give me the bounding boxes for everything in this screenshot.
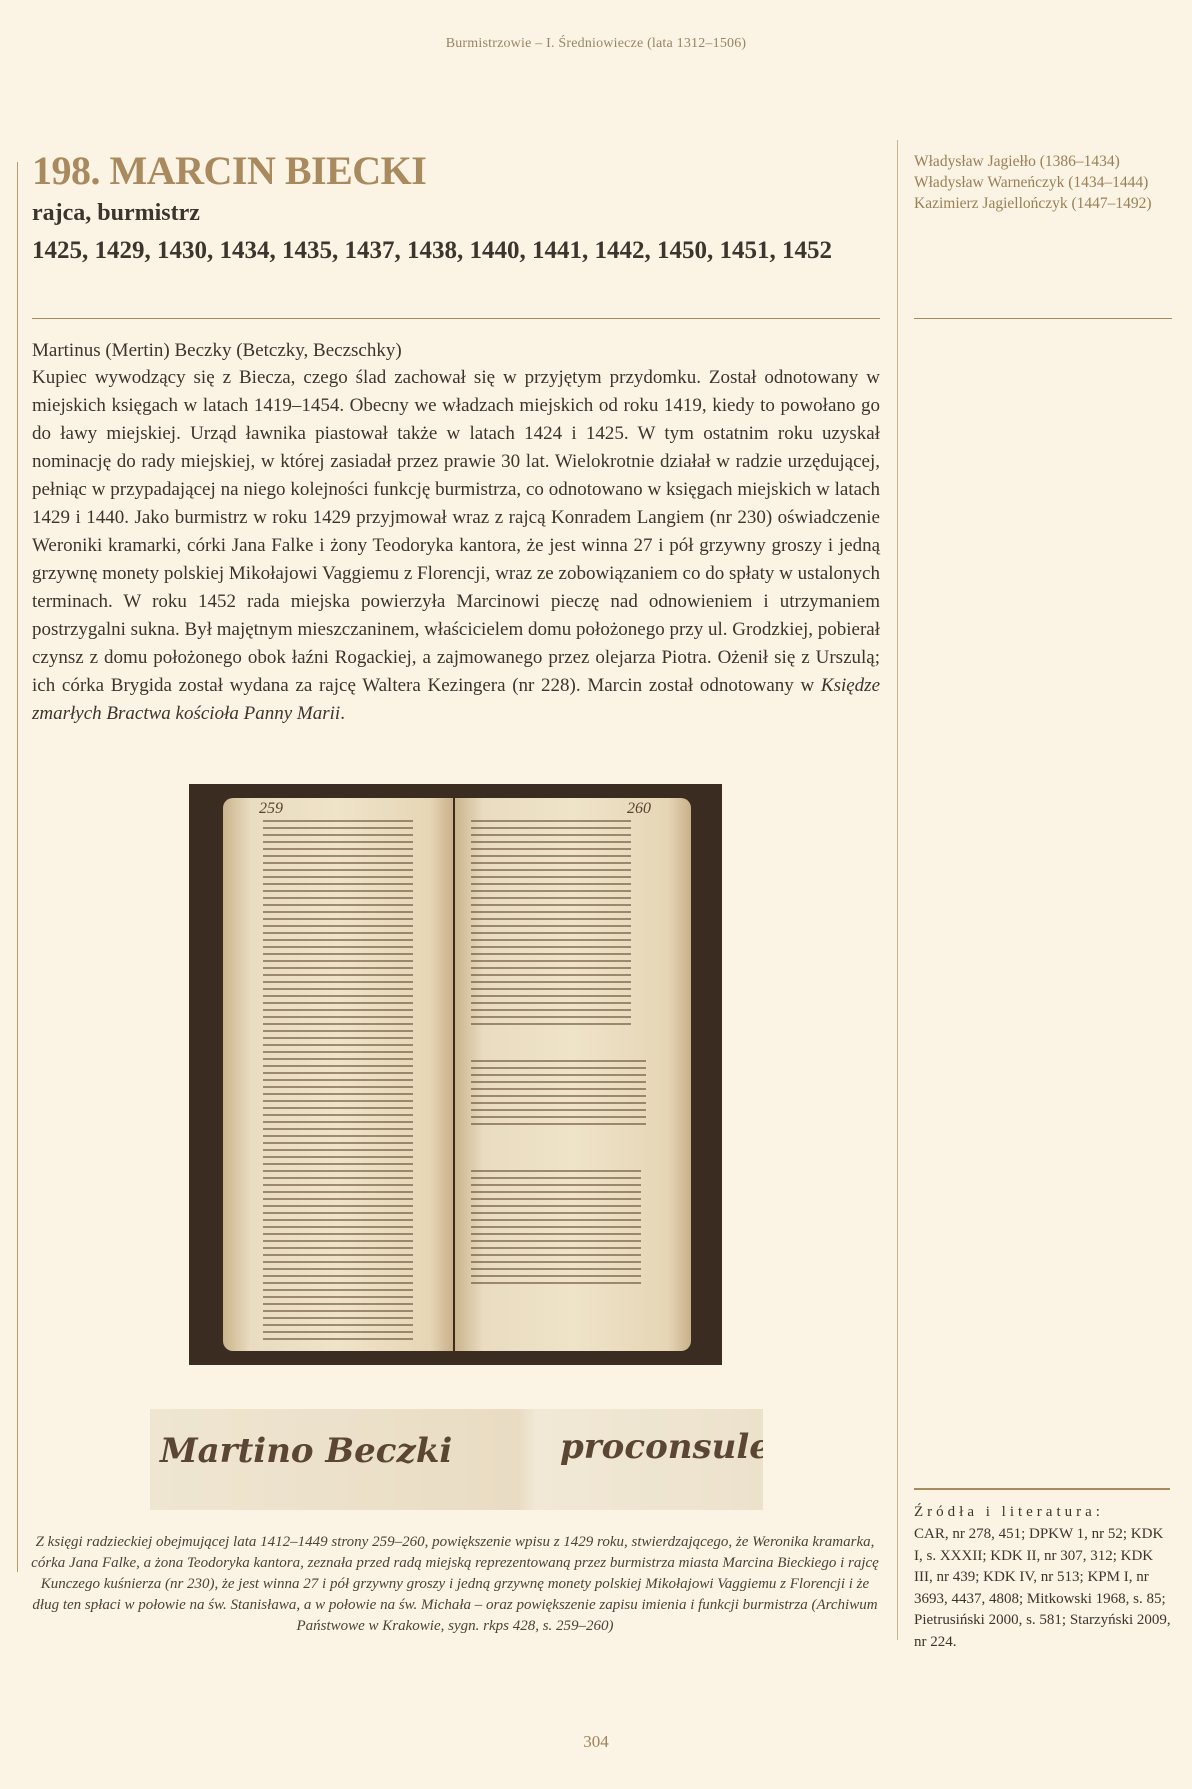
entry-title: 198. MARCIN BIECKI [32, 148, 426, 194]
biography-paragraph: Kupiec wywodzący się z Biecza, czego śla… [32, 364, 880, 728]
figure-caption: Z księgi radzieckiej obejmującej lata 14… [30, 1532, 880, 1637]
manuscript-left-page: 259 [223, 798, 453, 1351]
bio-text: Kupiec wywodzący się z Biecza, czego śla… [32, 367, 880, 696]
snippet-name-word: Martino Beczki [160, 1431, 452, 1471]
sources-divider [914, 1488, 1170, 1490]
entry-role: rajca, burmistrz [32, 198, 200, 228]
ruler-item: Władysław Warneńczyk (1434–1444) [914, 172, 1184, 193]
rulers-list: Władysław Jagiełło (1386–1434) Władysław… [914, 151, 1184, 214]
header-divider [32, 318, 880, 319]
snippet-role-word: proconsule [560, 1427, 763, 1467]
manuscript-right-page: 260 [455, 798, 691, 1351]
left-page-number: 259 [259, 800, 283, 818]
bio-end: . [340, 703, 345, 724]
handwriting-block [471, 1170, 641, 1285]
handwriting-block [471, 1060, 646, 1130]
name-variants: Martinus (Mertin) Beczky (Betczky, Beczs… [32, 338, 402, 364]
left-margin-rule [17, 162, 18, 1572]
handwriting-block [263, 820, 413, 1340]
sources-heading: Źródła i literatura: [914, 1504, 1104, 1521]
handwriting-enlargement: Martino Beczki proconsule [150, 1409, 763, 1510]
entry-years: 1425, 1429, 1430, 1434, 1435, 1437, 1438… [32, 236, 882, 266]
column-divider-rule [897, 140, 898, 1640]
ruler-item: Kazimierz Jagiellończyk (1447–1492) [914, 193, 1184, 214]
running-head: Burmistrzowie – I. Średniowiecze (lata 1… [0, 36, 1192, 52]
handwriting-block [471, 820, 631, 1030]
page-number: 304 [0, 1732, 1192, 1752]
right-page-number: 260 [627, 800, 651, 818]
sidebar-divider [914, 318, 1172, 319]
sources-text: CAR, nr 278, 451; DPKW 1, nr 52; KDK I, … [914, 1524, 1174, 1653]
ruler-item: Władysław Jagiełło (1386–1434) [914, 151, 1184, 172]
manuscript-photo: 259 260 [189, 784, 722, 1365]
